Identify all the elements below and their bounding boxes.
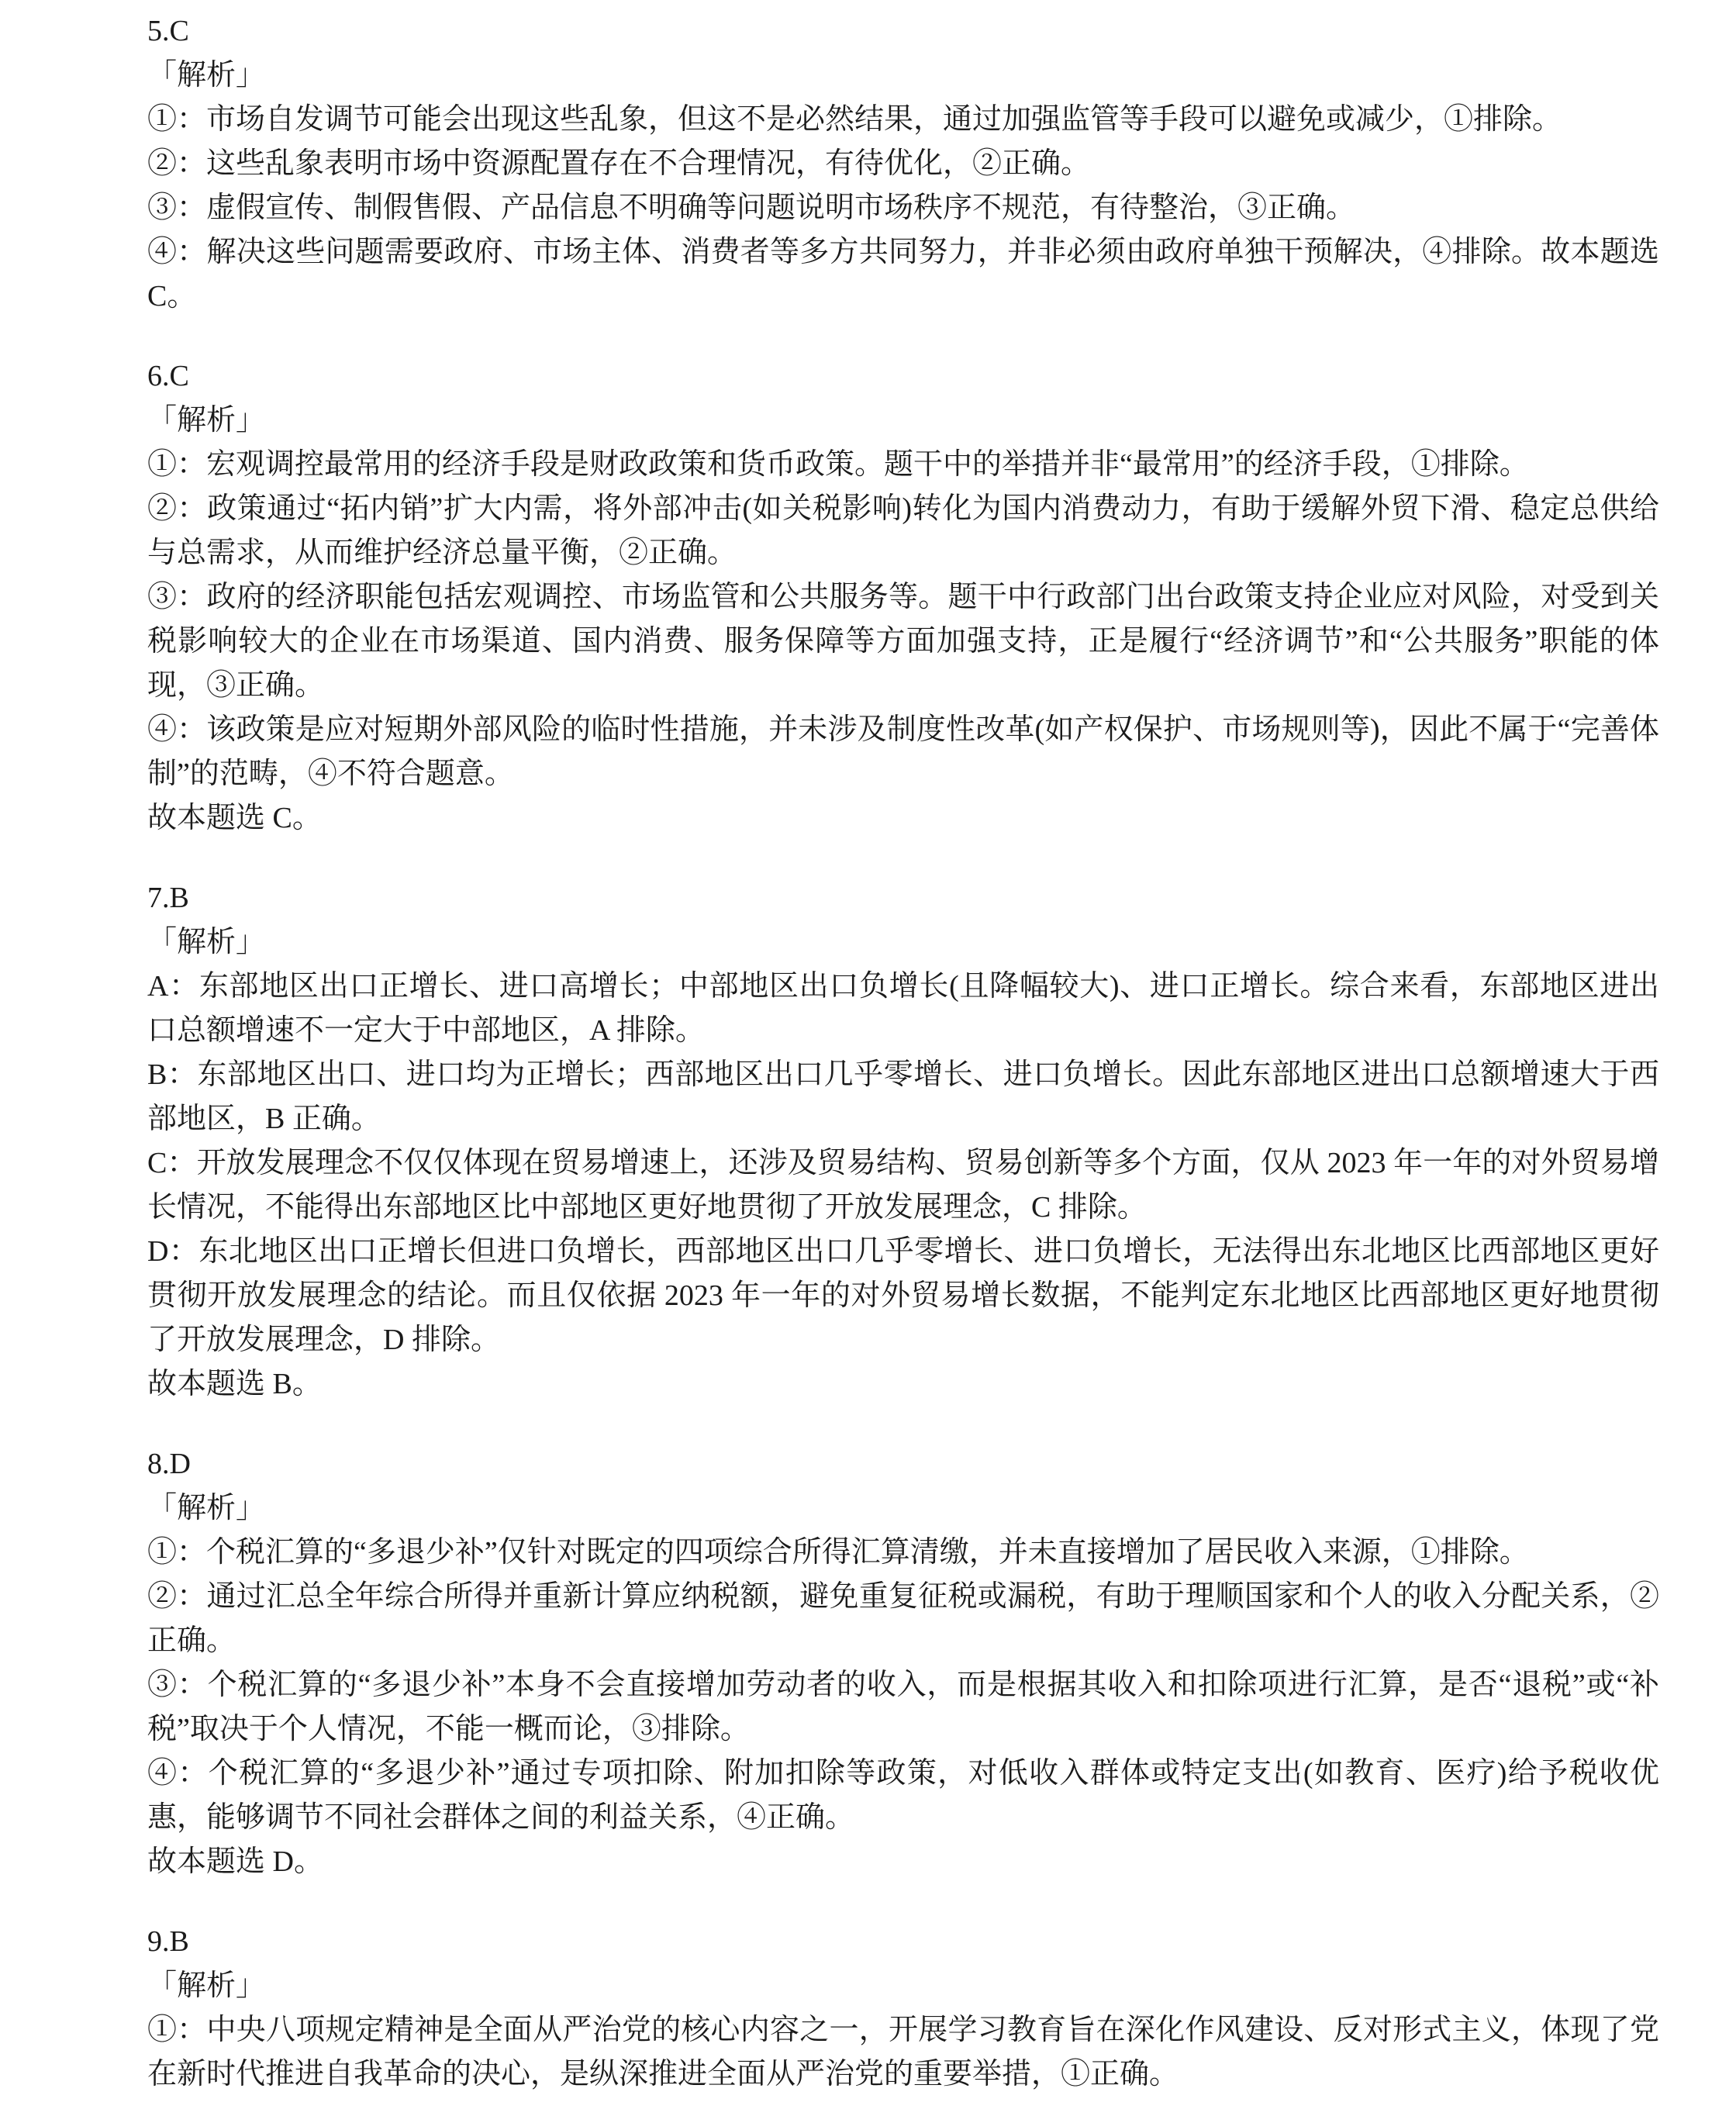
analysis-label: 「解析」 — [147, 920, 1659, 965]
answer-line: 6.C — [147, 354, 1659, 399]
document-page: 5.C 「解析」 ①：市场自发调节可能会出现这些乱象，但这不是必然结果，通过加强… — [0, 0, 1736, 2123]
answer-section: 9.B 「解析」 ①：中央八项规定精神是全面从严治党的核心内容之一，开展学习教育… — [147, 1920, 1659, 2097]
answer-line: 9.B — [147, 1920, 1659, 1964]
analysis-label: 「解析」 — [147, 399, 1659, 443]
analysis-label: 「解析」 — [147, 1964, 1659, 2008]
paragraph: ③：个税汇算的“多退少补”本身不会直接增加劳动者的收入，而是根据其收入和扣除项进… — [147, 1663, 1659, 1752]
paragraph: A：东部地区出口正增长、进口高增长；中部地区出口负增长(且降幅较大)、进口正增长… — [147, 965, 1659, 1053]
answer-line: 5.C — [147, 9, 1659, 54]
paragraph: ④：个税汇算的“多退少补”通过专项扣除、附加扣除等政策，对低收入群体或特定支出(… — [147, 1752, 1659, 1840]
analysis-label: 「解析」 — [147, 1486, 1659, 1531]
answer-section: 8.D 「解析」 ①：个税汇算的“多退少补”仅针对既定的四项综合所得汇算清缴，并… — [147, 1442, 1659, 1884]
paragraph: ①：中央八项规定精神是全面从严治党的核心内容之一，开展学习教育旨在深化作风建设、… — [147, 2008, 1659, 2097]
paragraph-list: ①：市场自发调节可能会出现这些乱象，但这不是必然结果，通过加强监管等手段可以避免… — [147, 98, 1659, 319]
paragraph: ①：宏观调控最常用的经济手段是财政政策和货币政策。题干中的举措并非“最常用”的经… — [147, 443, 1659, 487]
paragraph: ③：政府的经济职能包括宏观调控、市场监管和公共服务等。题干中行政部门出台政策支持… — [147, 575, 1659, 708]
answer-line: 7.B — [147, 876, 1659, 920]
answer-section: 5.C 「解析」 ①：市场自发调节可能会出现这些乱象，但这不是必然结果，通过加强… — [147, 9, 1659, 319]
paragraph-list: ①：个税汇算的“多退少补”仅针对既定的四项综合所得汇算清缴，并未直接增加了居民收… — [147, 1531, 1659, 1884]
paragraph: ②：政策通过“拓内销”扩大内需，将外部冲击(如关税影响)转化为国内消费动力，有助… — [147, 487, 1659, 575]
paragraph: ④：解决这些问题需要政府、市场主体、消费者等多方共同努力，并非必须由政府单独干预… — [147, 230, 1659, 319]
paragraph: ④：该政策是应对短期外部风险的临时性措施，并未涉及制度性改革(如产权保护、市场规… — [147, 708, 1659, 796]
paragraph: ②：这些乱象表明市场中资源配置存在不合理情况，有待优化，②正确。 — [147, 142, 1659, 186]
paragraph: ②：通过汇总全年综合所得并重新计算应纳税额，避免重复征税或漏税，有助于理顺国家和… — [147, 1575, 1659, 1663]
answer-section: 6.C 「解析」 ①：宏观调控最常用的经济手段是财政政策和货币政策。题干中的举措… — [147, 354, 1659, 841]
paragraph: ①：个税汇算的“多退少补”仅针对既定的四项综合所得汇算清缴，并未直接增加了居民收… — [147, 1531, 1659, 1575]
analysis-label: 「解析」 — [147, 54, 1659, 98]
paragraph-list: ①：宏观调控最常用的经济手段是财政政策和货币政策。题干中的举措并非“最常用”的经… — [147, 443, 1659, 841]
paragraph-list: A：东部地区出口正增长、进口高增长；中部地区出口负增长(且降幅较大)、进口正增长… — [147, 965, 1659, 1407]
paragraph: ③：虚假宣传、制假售假、产品信息不明确等问题说明市场秩序不规范，有待整治，③正确… — [147, 186, 1659, 230]
paragraph-list: ①：中央八项规定精神是全面从严治党的核心内容之一，开展学习教育旨在深化作风建设、… — [147, 2008, 1659, 2097]
paragraph: B：东部地区出口、进口均为正增长；西部地区出口几乎零增长、进口负增长。因此东部地… — [147, 1053, 1659, 1141]
answer-line: 8.D — [147, 1442, 1659, 1486]
paragraph: 故本题选 B。 — [147, 1362, 1659, 1407]
answer-section: 7.B 「解析」 A：东部地区出口正增长、进口高增长；中部地区出口负增长(且降幅… — [147, 876, 1659, 1407]
paragraph: D：东北地区出口正增长但进口负增长，西部地区出口几乎零增长、进口负增长，无法得出… — [147, 1230, 1659, 1362]
paragraph: 故本题选 C。 — [147, 796, 1659, 841]
paragraph: 故本题选 D。 — [147, 1840, 1659, 1884]
paragraph: C：开放发展理念不仅仅体现在贸易增速上，还涉及贸易结构、贸易创新等多个方面，仅从… — [147, 1141, 1659, 1230]
paragraph: ①：市场自发调节可能会出现这些乱象，但这不是必然结果，通过加强监管等手段可以避免… — [147, 98, 1659, 142]
